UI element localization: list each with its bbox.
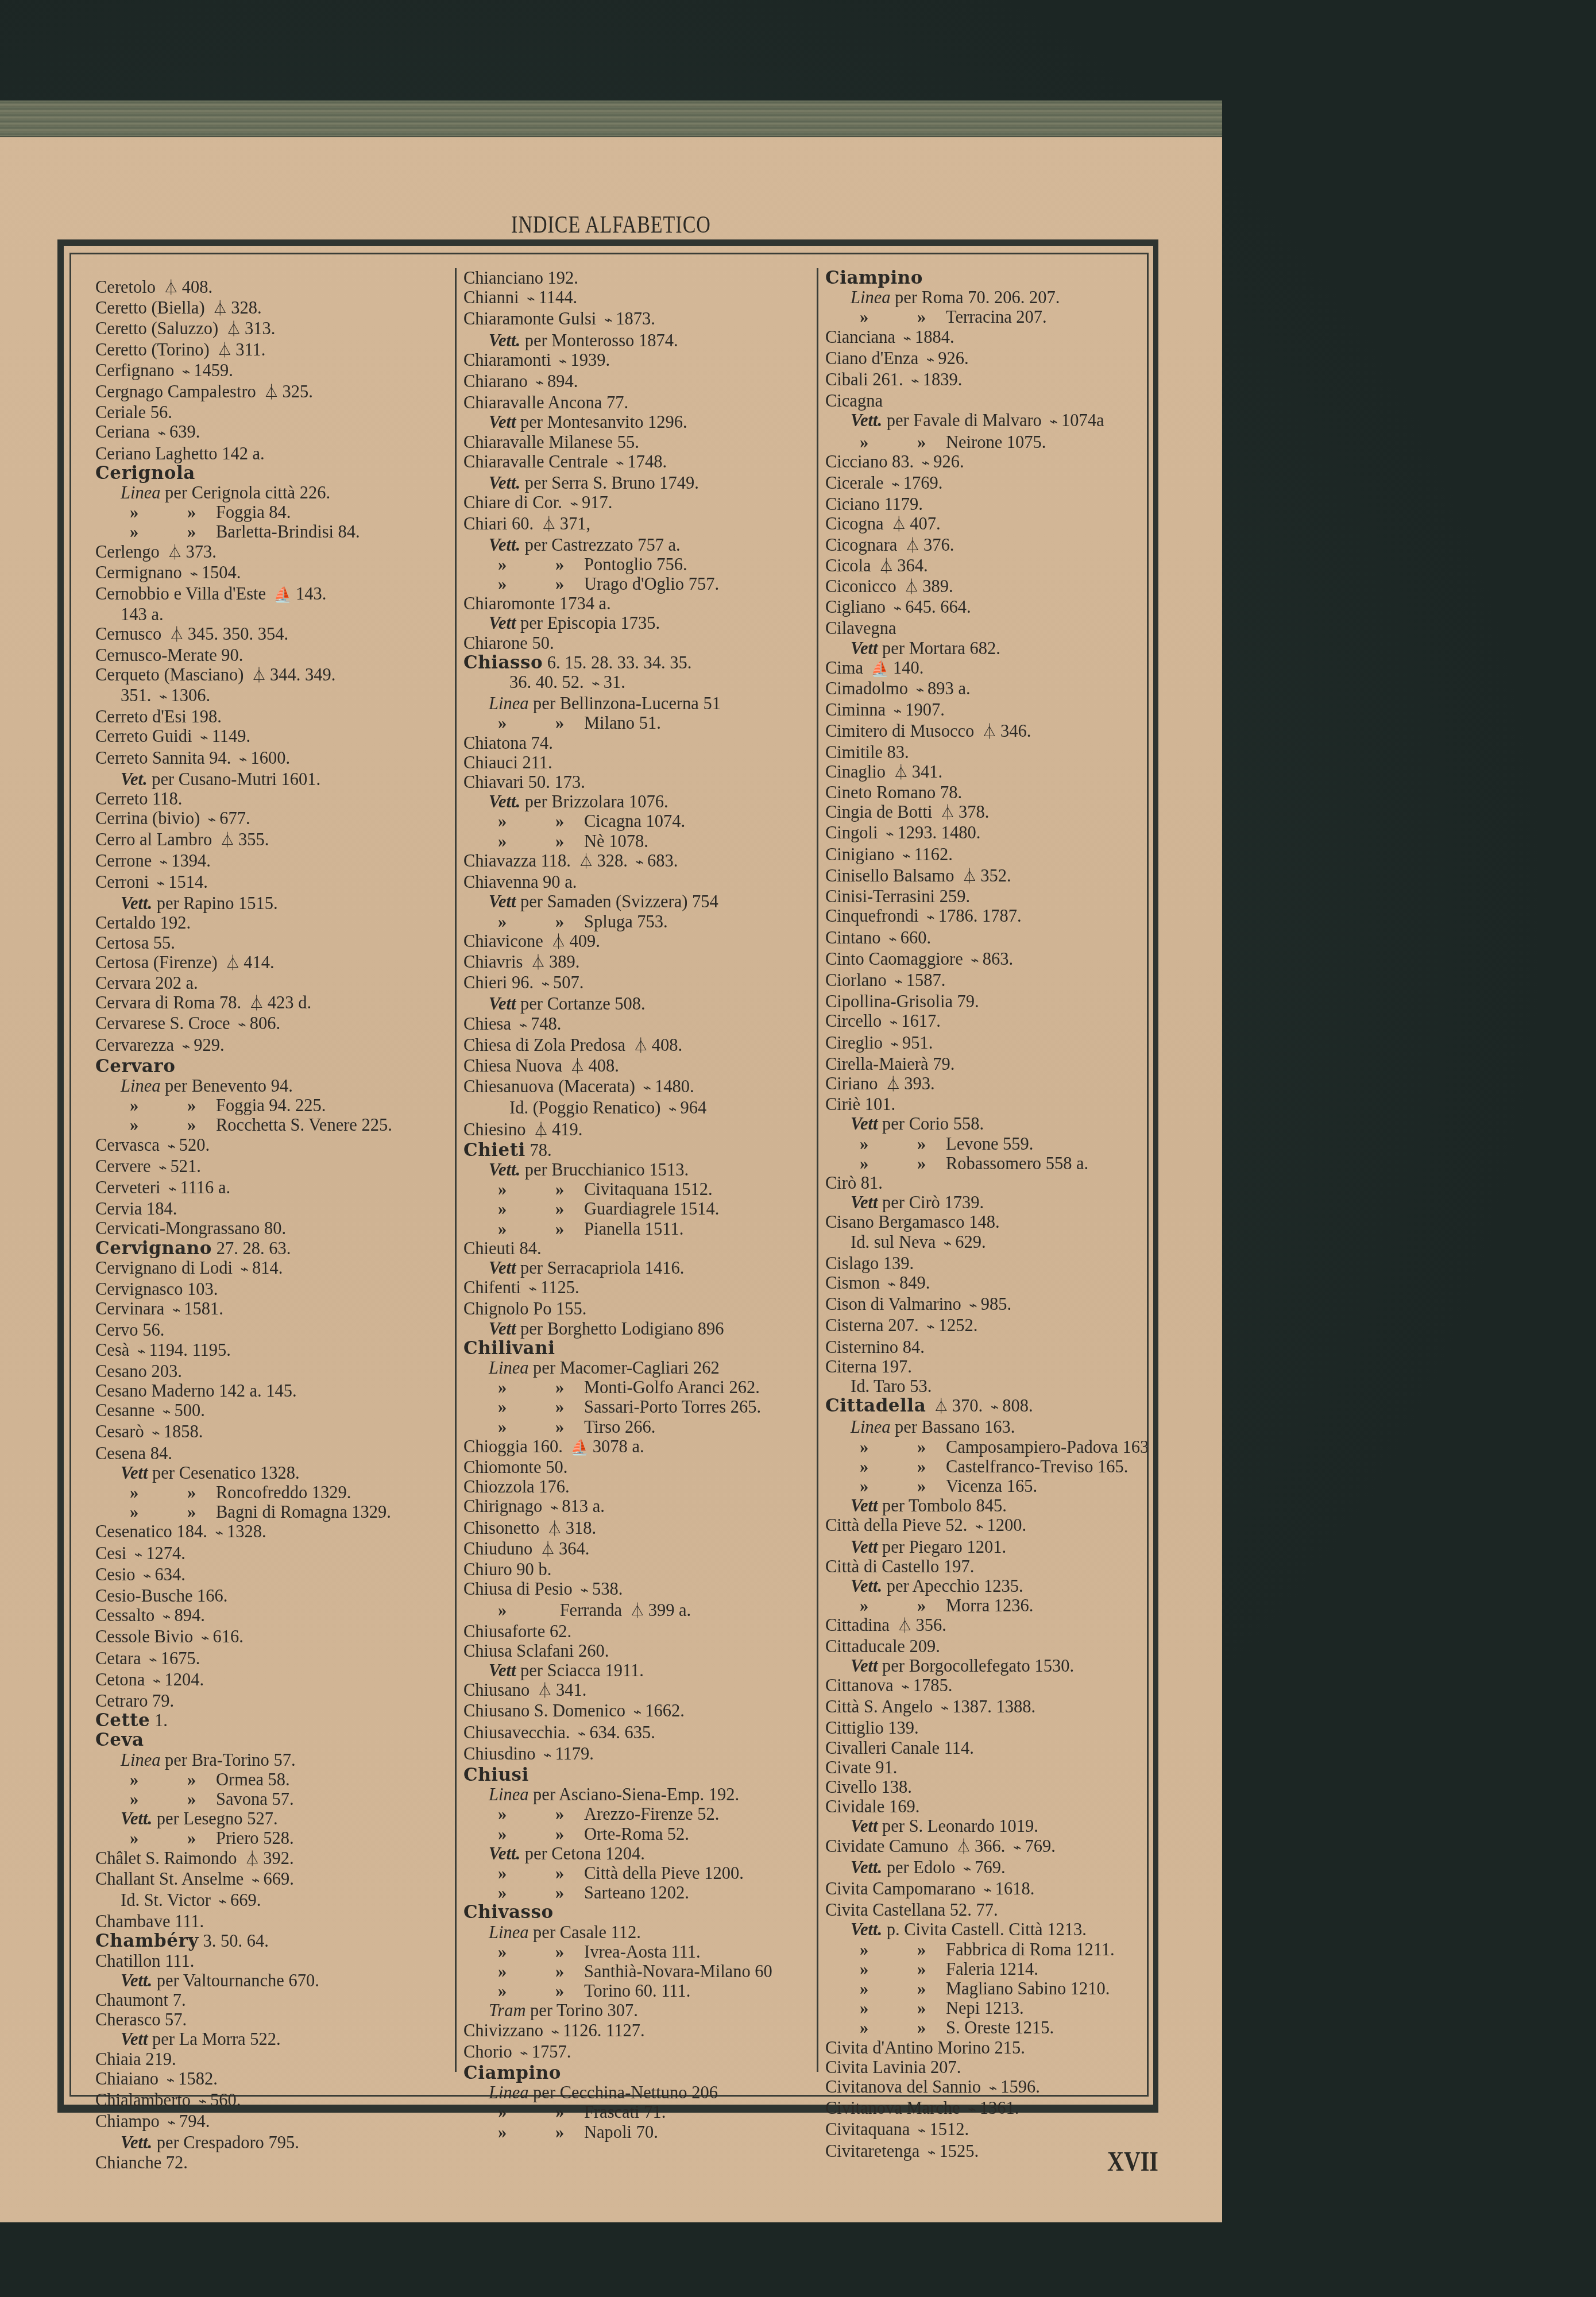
diligence-icon: ⌁ [167, 2116, 175, 2130]
station-name: Chiomonte [463, 1457, 542, 1477]
station-name: Cerlengo [95, 542, 160, 562]
station-name: Cervarezza [95, 1035, 174, 1055]
index-entry: Cicognara ⏃376. [825, 535, 1161, 556]
index-entry: »»Urago d'Oglio 757. [463, 574, 814, 594]
ditto-mark: » [917, 1979, 946, 1998]
table-reference: 84. [150, 1444, 172, 1463]
ditto-mark: » [130, 1096, 187, 1115]
tram-icon: ⏃ [579, 853, 594, 870]
index-entry: Vett. per Lesegno 527. [95, 1809, 440, 1828]
table-reference: 1587. [906, 970, 946, 990]
index-heading: Cerignola [95, 463, 440, 483]
index-entry: Challant St. Anselme ⌁669. [95, 1869, 440, 1890]
table-reference: 917. [582, 493, 612, 512]
index-entry: Cerfignano ⌁1459. [95, 361, 440, 382]
entry-text: Santhià-Novara-Milano 60 [584, 1962, 772, 1981]
book-page: INDICE ALFABETICO Ceretolo ⏃408. Ceretto… [0, 100, 1222, 2222]
index-entry: Civita Campomarano ⌁1618. [825, 1879, 1161, 1900]
index-entry: Chifenti ⌁1125. [463, 1278, 814, 1299]
station-name: Cinisi-Terrasini [825, 887, 935, 906]
ditto-mark: » [498, 1962, 555, 1981]
page-edge-stack [0, 100, 1222, 137]
table-reference: 83. [892, 452, 914, 471]
boat-icon: ⛵ [570, 1439, 589, 1456]
diligence-icon: ⌁ [167, 1139, 175, 1154]
table-reference: 114. [944, 1738, 974, 1758]
table-reference: 1617. [901, 1011, 941, 1031]
entry-text: Ferranda [560, 1600, 622, 1620]
service-type-label: Vett. [851, 1920, 882, 1939]
entry-text: Vicenza 165. [946, 1476, 1037, 1496]
ditto-mark: » [555, 713, 584, 733]
index-entry: Chiavicone ⏃409. [463, 931, 814, 952]
index-entry: Chaumont 7. [95, 1990, 440, 2010]
index-entry: »»Magliano Sabino 1210. [825, 1979, 1161, 1998]
index-entry: Cismon ⌁849. [825, 1273, 1161, 1294]
station-name: Chiarone [463, 633, 528, 653]
table-reference: 184. [176, 1522, 207, 1541]
table-reference: 409. [570, 931, 600, 951]
diligence-icon: ⌁ [643, 1081, 651, 1096]
station-name: Chiuduno [463, 1539, 532, 1559]
index-column-3: Ciampino Linea per Roma 70. 206. 207. »»… [817, 268, 1161, 2072]
index-entry: Chiusa Sclafani 260. [463, 1641, 814, 1661]
table-reference: 352. [980, 866, 1011, 885]
station-name: Cesano [95, 1362, 147, 1381]
ditto-mark: » [555, 1863, 584, 1883]
table-reference: 84. [903, 1337, 925, 1357]
diligence-icon: ⌁ [922, 456, 930, 471]
diligence-icon: ⌁ [926, 1320, 934, 1335]
index-entry: Vett. per Crespadoro 795. [95, 2133, 440, 2152]
tram-icon: ⏃ [538, 1683, 552, 1699]
index-entry: Cintano ⌁660. [825, 928, 1161, 949]
table-reference: 1600. [250, 748, 290, 768]
entry-text: 351. [121, 686, 151, 705]
index-entry: »»Orte-Roma 52. [463, 1824, 814, 1844]
station-name: Chiaravalle Ancona [463, 393, 602, 412]
station-name: Cianciana [825, 327, 895, 347]
table-reference: 389. [549, 952, 579, 972]
entry-text: Pianella 1511. [584, 1219, 683, 1239]
service-type-label: Vett. [489, 1844, 520, 1863]
station-name: Chiaramonti [463, 350, 551, 370]
diligence-icon: ⌁ [542, 977, 550, 992]
ditto-mark: » [555, 1378, 584, 1397]
table-reference: 1582. [178, 2069, 218, 2089]
table-reference: 520. [179, 1135, 210, 1155]
index-entry: Cervarese S. Croce ⌁806. [95, 1014, 440, 1035]
table-reference: 748. [531, 1014, 561, 1034]
index-entry: Linea per Roma 70. 206. 207. [825, 288, 1161, 307]
index-entry: Cervinara ⌁1581. [95, 1299, 440, 1320]
service-type-label: Vett [489, 412, 516, 432]
ditto-mark: » [860, 1998, 917, 2018]
entry-text: Torino 60. 111. [584, 1981, 690, 2001]
index-entry: Cerlengo ⏃373. [95, 542, 440, 563]
table-reference: 96. [512, 973, 534, 992]
index-entry: Vett. per Castrezzato 757 a. [463, 535, 814, 555]
table-reference: 893 a. [928, 679, 971, 698]
index-entry: Linea per Cerignola città 226. [95, 483, 440, 502]
station-name: Chieri [463, 973, 507, 992]
index-entry: Ceriano Laghetto 142 a. [95, 444, 440, 463]
entry-text: per Episcopia 1735. [520, 613, 660, 633]
index-entry: Vett. p. Civita Castell. Città 1213. [825, 1920, 1161, 1939]
entry-text: Id. Taro 53. [851, 1376, 932, 1396]
station-name: Chieuti [463, 1239, 515, 1258]
index-entry: 351. ⌁1306. [95, 686, 440, 707]
station-name: Ceriano Laghetto [95, 444, 218, 463]
diligence-icon: ⌁ [886, 827, 894, 842]
boat-icon: ⛵ [871, 660, 890, 677]
station-name: Ciriano [825, 1074, 878, 1093]
service-type-label: Vett [851, 1537, 878, 1557]
tram-icon: ⏃ [551, 934, 566, 950]
entry-text: Id. (Poggio Renatico) [509, 1098, 660, 1117]
service-type-label: Vett [489, 1661, 516, 1680]
station-name: Cividate Camuno [825, 1836, 948, 1856]
table-reference: 1459. [194, 361, 233, 380]
table-reference: 1675. [161, 1649, 200, 1668]
entry-text: per Edolo [887, 1858, 955, 1877]
table-reference: 84. [519, 1239, 541, 1258]
index-entry: Cingoli ⌁1293. 1480. [825, 823, 1161, 844]
entry-text: Ormea 58. [216, 1770, 290, 1789]
station-name: Cermignano [95, 563, 182, 582]
ditto-mark: » [498, 2122, 555, 2142]
table-reference: 951. [902, 1033, 933, 1053]
tram-icon: ⏃ [164, 280, 179, 296]
station-name: Chiesa [463, 1014, 511, 1034]
station-name: Ciminna [825, 700, 886, 720]
station-name: Città della Pieve [825, 1515, 941, 1535]
entry-text: per Monterosso 1874. [525, 331, 678, 350]
table-reference: 1200. [987, 1515, 1026, 1535]
table-reference: 328. [597, 851, 628, 871]
entry-text: Frascati 71. [584, 2102, 666, 2122]
entry-text: S. Oreste 1215. [946, 2018, 1054, 2037]
entry-text: per Samaden (Svizzera) 754 [520, 892, 718, 911]
tram-icon: ⏃ [225, 955, 240, 972]
service-type-label: Linea [851, 1417, 890, 1437]
index-entry: Vett per Cesenatico 1328. [95, 1463, 440, 1483]
index-entry: Vett per S. Leonardo 1019. [825, 1816, 1161, 1836]
index-entry: Ciriè 101. [825, 1095, 1161, 1114]
index-entry: »»S. Oreste 1215. [825, 2018, 1161, 2037]
station-name: Chivizzano [463, 2021, 543, 2040]
station-name: Ceretto (Torino) [95, 340, 210, 359]
table-reference: 639. [169, 422, 200, 442]
index-entry: Cesarò ⌁1858. [95, 1422, 440, 1443]
table-reference: 1252. [938, 1316, 978, 1335]
ditto-mark: » [917, 432, 946, 452]
table-reference: 1748. [628, 452, 667, 471]
ditto-mark: » [498, 1863, 555, 1883]
table-reference: 378. [959, 802, 989, 822]
ditto-mark: » [130, 1502, 187, 1522]
table-reference: 79. [957, 992, 979, 1011]
table-reference: 1757. [532, 2042, 571, 2062]
entry-text: Fabbrica di Roma 1211. [946, 1940, 1115, 1959]
ditto-mark: » [555, 555, 584, 574]
table-reference: 111. [165, 1951, 194, 1971]
station-name: Cinisello Balsamo [825, 866, 954, 885]
index-entry: Civita d'Antino Morino 215. [825, 2038, 1161, 2058]
index-entry: Cirò 81. [825, 1173, 1161, 1193]
table-reference: 1785. [913, 1676, 953, 1695]
table-reference: 408. [182, 277, 212, 297]
table-reference: 419. [552, 1120, 582, 1139]
table-reference: 1858. [164, 1422, 203, 1441]
index-entry: Cingia de Botti ⏃378. [825, 802, 1161, 823]
table-reference: 814. [252, 1258, 283, 1278]
index-entry: Cergnago Campalestro ⏃325. [95, 382, 440, 403]
entry-text: Civitaquana 1512. [584, 1180, 713, 1199]
entry-text: per Montesanvito 1296. [520, 412, 687, 432]
index-heading: Cette 1. [95, 1711, 440, 1730]
tram-icon: ⏃ [220, 832, 235, 849]
entry-text: per Corio 558. [882, 1114, 984, 1134]
index-entry: »»Ivrea-Aosta 111. [463, 1942, 814, 1962]
table-reference: 1126. 1127. [563, 2021, 645, 2040]
index-entry: »»Frascati 71. [463, 2102, 814, 2122]
table-reference: 926. [938, 349, 968, 368]
index-entry: Cermignano ⌁1504. [95, 563, 440, 584]
station-name: Cimadolmo [825, 679, 908, 698]
index-entry: »»Fabbrica di Roma 1211. [825, 1940, 1161, 1959]
station-name: Civita Campomarano [825, 1879, 976, 1898]
tram-icon: ⏃ [904, 579, 919, 595]
station-name: Cesio-Busche [95, 1586, 192, 1606]
service-type-label: Linea [489, 1923, 528, 1942]
diligence-icon: ⌁ [580, 1583, 588, 1598]
station-name: Cernobbio e Villa d'Este [95, 584, 266, 604]
entry-text: per Macomer-Cagliari 262 [533, 1358, 720, 1378]
ditto-mark: » [498, 574, 555, 594]
index-entry: Cicagna [825, 391, 1161, 411]
entry-text: Orte-Roma 52. [584, 1824, 689, 1844]
index-entry: Linea per Bassano 163. [825, 1417, 1161, 1437]
ditto-mark: » [917, 1154, 946, 1173]
index-entry: »»Morra 1236. [825, 1596, 1161, 1615]
ditto-mark: » [498, 1199, 555, 1219]
station-name: Cilavegna [825, 618, 896, 638]
station-name: Chiusa di Pesio [463, 1579, 573, 1599]
station-name: Chiasso [463, 652, 543, 673]
station-name: Cervo [95, 1320, 138, 1340]
ditto-mark: » [130, 522, 187, 542]
ditto-mark: » [555, 1824, 584, 1844]
table-reference: 414. [244, 953, 274, 972]
tram-icon: ⏃ [534, 1122, 548, 1139]
index-entry: Cianciana ⌁1884. [825, 327, 1161, 349]
entry-text: Morra 1236. [946, 1596, 1033, 1615]
table-reference: 57. [165, 2010, 187, 2029]
index-entry: Cervicati-Mongrassano 80. [95, 1219, 440, 1238]
station-name: Certaldo [95, 913, 156, 933]
index-entry: Cerrone ⌁1394. [95, 851, 440, 872]
station-name: Chorio [463, 2042, 512, 2062]
index-entry: Chiavari 50. 173. [463, 772, 814, 792]
station-name: Cimitero di Musocco [825, 721, 974, 741]
index-entry: »»Santhià-Novara-Milano 60 [463, 1962, 814, 1981]
diligence-icon: ⌁ [149, 1653, 157, 1668]
index-frame: Ceretolo ⏃408. Ceretto (Biella) ⏃328. Ce… [57, 239, 1158, 2113]
table-reference: 1074a [1061, 411, 1104, 430]
ditto-mark: » [187, 502, 216, 522]
diligence-icon: ⌁ [592, 676, 600, 691]
tram-icon: ⏃ [630, 1603, 645, 1619]
index-entry: Chiaramonte Gulsi ⌁1873. [463, 309, 814, 330]
diligence-icon: ⌁ [219, 1894, 227, 1909]
station-name: Civitanova del Sannio [825, 2077, 981, 2097]
station-name: Chiesa di Zola Predosa [463, 1035, 625, 1055]
index-entry: Vett per Piegaro 1201. [825, 1537, 1161, 1557]
index-entry: Chiaia 219. [95, 2049, 440, 2069]
table-reference: 176. [539, 1477, 569, 1496]
index-entry: Cervo 56. [95, 1320, 440, 1340]
ditto-mark: » [187, 1096, 216, 1115]
station-name: Cervara di Roma [95, 993, 215, 1012]
diligence-icon: ⌁ [152, 1426, 160, 1441]
index-entry: Cherasco 57. [95, 2010, 440, 2029]
index-entry: Cerreto d'Esi 198. [95, 707, 440, 726]
index-entry: » Ferranda ⏃399 a. [463, 1600, 814, 1621]
table-reference: 1149. [212, 726, 251, 746]
index-entry: Civita Lavinia 207. [825, 2058, 1161, 2077]
table-reference: 78. [530, 1140, 551, 1160]
service-type-label: Vett. [489, 535, 520, 555]
table-reference: 669. [230, 1890, 261, 1910]
index-entry: »»Civitaquana 1512. [463, 1180, 814, 1199]
index-entry: Ciriano ⏃393. [825, 1074, 1161, 1095]
station-name: Cervignano di Lodi [95, 1258, 233, 1278]
index-entry: Città S. Angelo ⌁1387. 1388. [825, 1697, 1161, 1718]
index-entry: Cesenatico 184. ⌁1328. [95, 1522, 440, 1543]
station-name: Cesanne [95, 1401, 154, 1420]
station-name: Chiaromonte [463, 594, 555, 613]
index-entry: Chialamberto ⌁560. [95, 2090, 440, 2112]
table-reference: 849. [899, 1273, 930, 1293]
service-type-label: Vett [851, 1496, 878, 1515]
station-name: Cicogna [825, 514, 884, 533]
table-reference: 56. [150, 403, 172, 422]
index-entry: Civate 91. [825, 1758, 1161, 1777]
index-entry: »»Savona 57. [95, 1789, 440, 1809]
index-entry: »»Sarteano 1202. [463, 1883, 814, 1902]
table-reference: 192. [548, 268, 578, 288]
table-reference: 1873. [616, 309, 655, 328]
index-entry: »»Priero 528. [95, 1828, 440, 1848]
table-reference: 1179. [555, 1744, 594, 1764]
table-reference: 3078 a. [593, 1437, 644, 1456]
table-reference: 929. [194, 1035, 224, 1055]
diligence-icon: ⌁ [888, 932, 896, 947]
page-header: INDICE ALFABETICO [0, 211, 1222, 239]
station-name: Cerro al Lambro [95, 830, 212, 849]
table-reference: 138. [881, 1777, 911, 1797]
station-name: Chialamberto [95, 2090, 191, 2110]
index-entry: Ceretto (Biella) ⏃328. [95, 298, 440, 319]
index-entry: »»Pianella 1511. [463, 1219, 814, 1239]
station-name: Châlet S. Raimondo [95, 1849, 237, 1868]
table-reference: 1144. [539, 288, 578, 307]
index-entry: Vett per Borgocollefegato 1530. [825, 1656, 1161, 1676]
entry-text: per Cirò 1739. [882, 1193, 984, 1212]
ditto-mark: » [498, 713, 555, 733]
station-name: Cesenatico [95, 1522, 172, 1541]
tram-icon: ⏃ [934, 1398, 949, 1415]
index-entry: Ciconicco ⏃389. [825, 577, 1161, 597]
diligence-icon: ⌁ [134, 1548, 142, 1563]
station-name: Cerfignano [95, 361, 174, 380]
table-reference: 366. [975, 1836, 1005, 1856]
entry-text: per Rapino 1515. [157, 894, 278, 913]
ditto-mark: » [860, 1596, 917, 1615]
station-name: Cisternino [825, 1337, 898, 1357]
entry-text: Id. St. Victor [121, 1890, 211, 1910]
table-reference: 373. [186, 542, 216, 562]
station-name: Chifenti [463, 1278, 521, 1297]
index-entry: Cetraro 79. [95, 1691, 440, 1711]
table-reference: 81. [861, 1173, 883, 1193]
entry-text: per Roma 70. 206. 207. [895, 288, 1060, 307]
station-name: Cisterna [825, 1316, 884, 1335]
index-entry: Id. (Poggio Renatico) ⌁964 [463, 1098, 814, 1119]
ditto-mark: » [555, 1219, 584, 1239]
index-entry: Cipollina-Grisolia 79. [825, 992, 1161, 1011]
station-name: Chiavenna [463, 872, 538, 892]
table-reference: 1596. [1000, 2077, 1040, 2097]
table-reference: 1734 a. [559, 594, 611, 613]
table-reference: 1306. [171, 686, 210, 705]
index-entry: Cesi ⌁1274. [95, 1544, 440, 1565]
index-entry: Chiarano ⌁894. [463, 372, 814, 393]
station-name: Ceretto (Saluzzo) [95, 319, 218, 338]
table-reference: 1839. [923, 370, 963, 389]
station-name: Cesi [95, 1544, 126, 1563]
station-name: Cittaducale [825, 1637, 905, 1656]
index-entry: Cesano 203. [95, 1362, 440, 1381]
service-type-label: Vett [121, 1463, 148, 1483]
station-name: Cernusco [95, 624, 161, 644]
entry-text: per Brucchianico 1513. [525, 1160, 689, 1180]
entry-text: Rocchetta S. Venere 225. [216, 1115, 392, 1135]
entry-text: per Cecchina-Nettuno 206 [533, 2083, 718, 2102]
entry-text: 36. 40. 52. [509, 672, 584, 692]
diligence-icon: ⌁ [944, 1236, 952, 1251]
index-entry: Cirella-Maierà 79. [825, 1054, 1161, 1074]
index-entry: Linea per Macomer-Cagliari 262 [463, 1358, 814, 1378]
index-entry: Cervia 184. [95, 1199, 440, 1219]
index-entry: Cilavegna [825, 618, 1161, 638]
entry-text: per Crespadoro 795. [157, 2133, 299, 2152]
ditto-mark: » [130, 1789, 187, 1809]
station-name: Chiusa Sclafani [463, 1641, 574, 1661]
tram-icon: ⏃ [962, 868, 977, 885]
index-entry: Cividale 169. [825, 1797, 1161, 1816]
index-entry: »»Neirone 1075. [825, 432, 1161, 452]
table-reference: 78. [940, 783, 962, 802]
diligence-icon: ⌁ [989, 2081, 997, 2096]
table-reference: 118. [541, 851, 571, 871]
index-entry: Cigliano ⌁645. 664. [825, 597, 1161, 618]
diligence-icon: ⌁ [918, 2124, 926, 2139]
service-type-label: Vett. [851, 1576, 882, 1596]
ditto-mark: » [555, 1962, 584, 1981]
service-type-label: Linea [489, 2083, 528, 2102]
